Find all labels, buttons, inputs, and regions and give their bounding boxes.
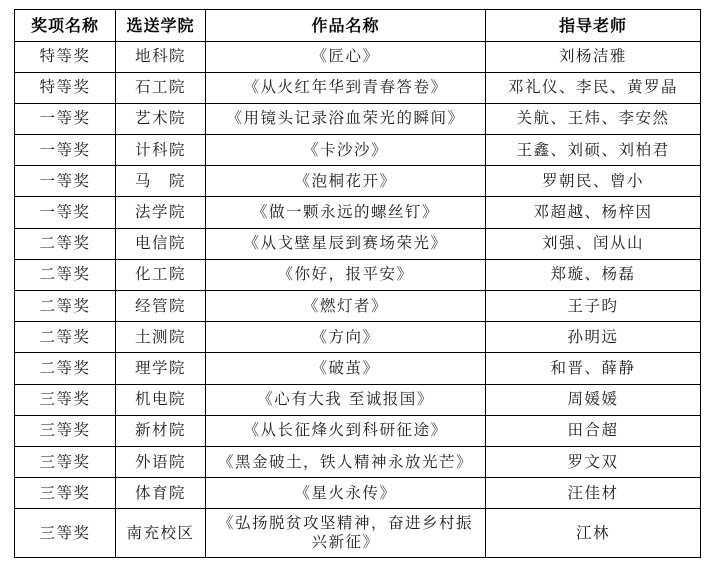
cell-advisors: 罗朝民、曾小 [486, 166, 701, 197]
cell-work: 《黑金破土，铁人精神永放光芒》 [206, 446, 486, 477]
cell-college: 石工院 [116, 72, 206, 103]
table-row: 二等奖 化工院 《你好，报平安》 郑璇、杨磊 [15, 259, 701, 290]
cell-college: 新材院 [116, 415, 206, 446]
cell-award: 一等奖 [15, 197, 116, 228]
cell-college: 南充校区 [116, 509, 206, 558]
cell-award: 二等奖 [15, 291, 116, 322]
cell-work: 《卡沙沙》 [206, 135, 486, 166]
cell-work: 《匠心》 [206, 41, 486, 72]
cell-college: 理学院 [116, 353, 206, 384]
table-row: 三等奖 新材院 《从长征烽火到科研征途》 田合超 [15, 415, 701, 446]
cell-advisors: 郑璇、杨磊 [486, 259, 701, 290]
cell-award: 三等奖 [15, 384, 116, 415]
cell-advisors: 关航、王炜、李安然 [486, 103, 701, 134]
header-college: 选送学院 [116, 10, 206, 42]
cell-advisors: 孙明远 [486, 322, 701, 353]
table-row: 特等奖 地科院 《匠心》 刘杨洁雅 [15, 41, 701, 72]
cell-work: 《破茧》 [206, 353, 486, 384]
cell-work: 《从长征烽火到科研征途》 [206, 415, 486, 446]
header-advisors: 指导老师 [486, 10, 701, 42]
cell-college: 电信院 [116, 228, 206, 259]
cell-work: 《心有大我 至诚报国》 [206, 384, 486, 415]
cell-award: 三等奖 [15, 446, 116, 477]
table-row: 特等奖 石工院 《从火红年华到青春答卷》 邓礼仪、李民、黄罗晶 [15, 72, 701, 103]
cell-work: 《燃灯者》 [206, 291, 486, 322]
cell-advisors: 刘杨洁雅 [486, 41, 701, 72]
cell-award: 二等奖 [15, 228, 116, 259]
cell-award: 一等奖 [15, 135, 116, 166]
cell-advisors: 江林 [486, 509, 701, 558]
table-row: 三等奖 南充校区 《弘扬脱贫攻坚精神，奋进乡村振兴新征》 江林 [15, 509, 701, 558]
table-row: 二等奖 土测院 《方向》 孙明远 [15, 322, 701, 353]
table-row: 一等奖 法学院 《做一颗永远的螺丝钉》 邓超越、杨梓因 [15, 197, 701, 228]
cell-work: 《你好，报平安》 [206, 259, 486, 290]
cell-college: 化工院 [116, 259, 206, 290]
cell-advisors: 邓超越、杨梓因 [486, 197, 701, 228]
table-row: 一等奖 艺术院 《用镜头记录浴血荣光的瞬间》 关航、王炜、李安然 [15, 103, 701, 134]
cell-advisors: 罗文双 [486, 446, 701, 477]
table-row: 三等奖 体育院 《星火永传》 汪佳材 [15, 478, 701, 509]
cell-college: 土测院 [116, 322, 206, 353]
header-award: 奖项名称 [15, 10, 116, 42]
cell-award: 三等奖 [15, 478, 116, 509]
cell-advisors: 周媛媛 [486, 384, 701, 415]
cell-award: 二等奖 [15, 353, 116, 384]
table-header-row: 奖项名称 选送学院 作品名称 指导老师 [15, 10, 701, 42]
cell-college: 经管院 [116, 291, 206, 322]
cell-advisors: 田合超 [486, 415, 701, 446]
table-row: 三等奖 外语院 《黑金破土，铁人精神永放光芒》 罗文双 [15, 446, 701, 477]
cell-college: 艺术院 [116, 103, 206, 134]
cell-advisors: 汪佳材 [486, 478, 701, 509]
table-row: 二等奖 经管院 《燃灯者》 王子昀 [15, 291, 701, 322]
cell-work: 《从戈壁星辰到赛场荣光》 [206, 228, 486, 259]
cell-award: 一等奖 [15, 166, 116, 197]
cell-work: 《泡桐花开》 [206, 166, 486, 197]
table-row: 二等奖 理学院 《破茧》 和晋、薛静 [15, 353, 701, 384]
cell-award: 一等奖 [15, 103, 116, 134]
awards-table: 奖项名称 选送学院 作品名称 指导老师 特等奖 地科院 《匠心》 刘杨洁雅 特等… [14, 9, 701, 558]
cell-award: 三等奖 [15, 509, 116, 558]
table-row: 一等奖 马 院 《泡桐花开》 罗朝民、曾小 [15, 166, 701, 197]
table-row: 二等奖 电信院 《从戈壁星辰到赛场荣光》 刘强、闰从山 [15, 228, 701, 259]
cell-work: 《从火红年华到青春答卷》 [206, 72, 486, 103]
table-row: 三等奖 机电院 《心有大我 至诚报国》 周媛媛 [15, 384, 701, 415]
cell-work: 《做一颗永远的螺丝钉》 [206, 197, 486, 228]
cell-advisors: 刘强、闰从山 [486, 228, 701, 259]
cell-college: 法学院 [116, 197, 206, 228]
cell-college: 计科院 [116, 135, 206, 166]
cell-work: 《方向》 [206, 322, 486, 353]
cell-advisors: 和晋、薛静 [486, 353, 701, 384]
cell-advisors: 邓礼仪、李民、黄罗晶 [486, 72, 701, 103]
cell-advisors: 王鑫、刘硕、刘柏君 [486, 135, 701, 166]
cell-college: 外语院 [116, 446, 206, 477]
cell-college: 机电院 [116, 384, 206, 415]
cell-award: 二等奖 [15, 322, 116, 353]
cell-award: 二等奖 [15, 259, 116, 290]
cell-college: 地科院 [116, 41, 206, 72]
cell-college: 马 院 [116, 166, 206, 197]
cell-work: 《用镜头记录浴血荣光的瞬间》 [206, 103, 486, 134]
cell-advisors: 王子昀 [486, 291, 701, 322]
cell-work: 《弘扬脱贫攻坚精神，奋进乡村振兴新征》 [206, 509, 486, 558]
cell-work: 《星火永传》 [206, 478, 486, 509]
header-work: 作品名称 [206, 10, 486, 42]
cell-college: 体育院 [116, 478, 206, 509]
cell-award: 三等奖 [15, 415, 116, 446]
cell-award: 特等奖 [15, 72, 116, 103]
cell-award: 特等奖 [15, 41, 116, 72]
table-row: 一等奖 计科院 《卡沙沙》 王鑫、刘硕、刘柏君 [15, 135, 701, 166]
